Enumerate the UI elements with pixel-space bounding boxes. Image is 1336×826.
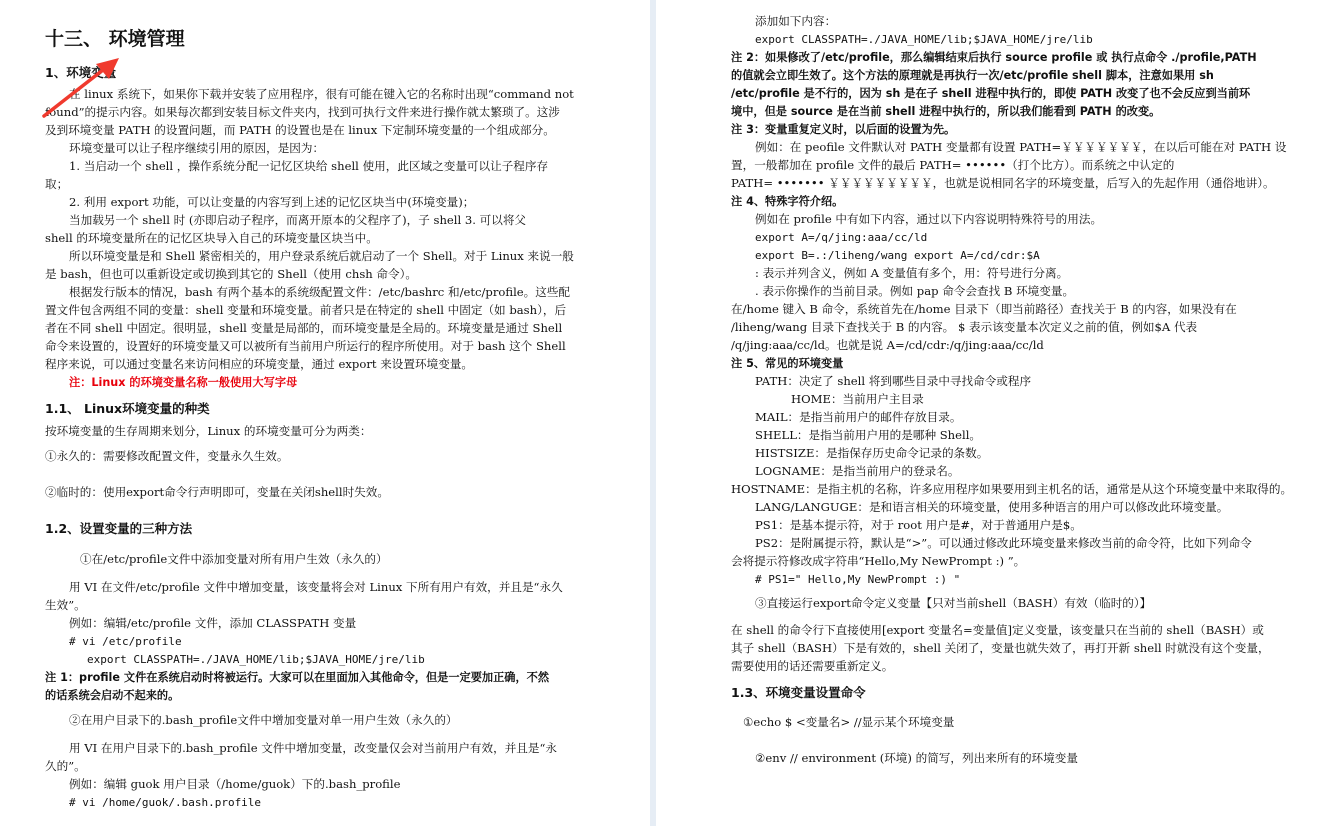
- paragraph-line: 及到环境变量 PATH 的设置问题，而 PATH 的设置也是在 linux 下定…: [45, 122, 555, 139]
- paragraph-line: 用 VI 在用户目录下的.bash_profile 文件中增加变量，改变量仅会对…: [69, 740, 557, 757]
- env-var-item: HISTSIZE：是指保存历史命令记录的条数。: [755, 445, 988, 462]
- paragraph-line: 用 VI 在文件/etc/profile 文件中增加变量，该变量将会对 Linu…: [69, 579, 563, 596]
- note-heading: 注 5、常见的环境变量: [731, 355, 843, 372]
- env-var-item: PS2：是附属提示符，默认是“>”。可以通过修改此环境变量来修改当前的命令符，比…: [755, 535, 1252, 552]
- paragraph-line: . 表示你操作的当前目录。例如 pap 命令会查找 B 环境变量。: [755, 283, 1074, 300]
- section-heading-1-1: 1.1、 Linux环境变量的种类: [45, 399, 210, 417]
- list-item: ②临时的：使用export命令行声明即可，变量在关闭shell时失效。: [45, 484, 389, 501]
- method-title: ②在用户目录下的.bash_profile文件中增加变量对单一用户生效（永久的）: [69, 712, 458, 729]
- section-heading-1-2: 1.2、设置变量的三种方法: [45, 519, 192, 537]
- note-line: /etc/profile 是不行的，因为 sh 是在子 shell 进程中执行的…: [731, 85, 1250, 102]
- code-line: export A=/q/jing:aaa/cc/ld: [755, 229, 927, 246]
- method-title: ①在/etc/profile文件中添加变量对所有用户生效（永久的）: [80, 551, 388, 568]
- paragraph-line: 例如：在 peofile 文件默认对 PATH 变量都有设置 PATH=￥￥￥￥…: [755, 139, 1286, 156]
- paragraph-line: 置，一般都加在 profile 文件的最后 PATH= ••••••（打个比方）…: [731, 157, 1174, 174]
- paragraph-line: 例如：编辑 guok 用户目录（/home/guok）下的.bash_profi…: [69, 776, 400, 793]
- note-line: 的话系统会启动不起来的。: [45, 687, 179, 704]
- paragraph-line: 在/home 键入 B 命令，系统首先在/home 目录下（即当前路径）查找关于…: [731, 301, 1237, 318]
- code-line: # vi /etc/profile: [69, 633, 182, 650]
- code-line: export CLASSPATH=./JAVA_HOME/lib;$JAVA_H…: [755, 31, 1093, 48]
- code-line: # PS1=" Hello,My NewPrompt :) ": [755, 571, 960, 588]
- paragraph-line: 1. 当启动一个 shell ，操作系统分配一记忆区块给 shell 使用，此区…: [69, 158, 548, 175]
- paragraph-line: 2. 利用 export 功能，可以让变量的内容写到上述的记忆区块当中(环境变量…: [69, 194, 474, 211]
- note-line: 境中，但是 source 是在当前 shell 进程中执行的，所以我们能看到 P…: [731, 103, 1160, 120]
- paragraph-line: /liheng/wang 目录下查找关于 B 的内容。 $ 表示该变量本次定义之…: [731, 319, 1197, 336]
- command-item: ②env // environment (环境) 的简写，列出来所有的环境变量: [755, 750, 1078, 767]
- paragraph-line: PATH= ••••••• ￥￥￥￥￥￥￥￥￥，也就是说相同名字的环境变量，后写…: [731, 175, 1275, 192]
- paragraph-line: /q/jing:aaa/cc/ld。也就是说 A=/cd/cdr:/q/jing…: [731, 337, 1044, 354]
- paragraph-line: 按环境变量的生存周期来划分，Linux 的环境变量可分为两类：: [45, 423, 371, 440]
- document-page-right: 添加如下内容： export CLASSPATH=./JAVA_HOME/lib…: [656, 0, 1336, 826]
- paragraph-line: 需要使用的话还需要重新定义。: [731, 658, 893, 675]
- paragraph-line: 所以环境变量是和 Shell 紧密相关的，用户登录系统后就启动了一个 Shell…: [69, 248, 574, 265]
- code-line: export CLASSPATH=./JAVA_HOME/lib;$JAVA_H…: [87, 651, 425, 668]
- paragraph-line: 是 bash，但也可以重新设定或切换到其它的 Shell（使用 chsh 命令）…: [45, 266, 417, 283]
- env-var-item: SHELL：是指当前用户用的是哪种 Shell。: [755, 427, 981, 444]
- env-var-item: 会将提示符修改成字符串“Hello,My NewPrompt :) ”。: [731, 553, 1025, 570]
- section-heading-1-3: 1.3、环境变量设置命令: [731, 683, 866, 701]
- note-line: 注 2：如果修改了/etc/profile，那么编辑结束后执行 source p…: [731, 49, 1257, 66]
- section-heading-1: 1、环境变量: [45, 63, 116, 81]
- env-var-item: PS1：是基本提示符，对于 root 用户是#，对于普通用户是$。: [755, 517, 1082, 534]
- paragraph-line: found”的提示内容。如果每次都到安装目标文件夹内，找到可执行文件来进行操作就…: [45, 104, 560, 121]
- paragraph-line: 在 shell 的命令行下直接使用[export 变量名=变量值]定义变量，该变…: [731, 622, 1264, 639]
- page-title: 十三、 环境管理: [45, 24, 185, 51]
- code-line: export B=.:/liheng/wang export A=/cd/cdr…: [755, 247, 1040, 264]
- list-item: ①永久的：需要修改配置文件，变量永久生效。: [45, 448, 288, 465]
- paragraph-line: : 表示并列含义，例如 A 变量值有多个，用：符号进行分离。: [755, 265, 1068, 282]
- env-var-item: HOME：当前用户主目录: [791, 391, 924, 408]
- command-item: ①echo $ <变量名> //显示某个环境变量: [743, 714, 954, 731]
- env-var-item: PATH：决定了 shell 将到哪些目录中寻找命令或程序: [755, 373, 1031, 390]
- env-var-item: HOSTNAME：是指主机的名称，许多应用程序如果要用到主机名的话，通常是从这个…: [731, 481, 1292, 498]
- note-line: 的值就会立即生效了。这个方法的原理就是再执行一次/etc/profile she…: [731, 67, 1214, 84]
- note-heading: 注 3：变量重复定义时，以后面的设置为先。: [731, 121, 955, 138]
- paragraph-line: 生效”。: [45, 597, 86, 614]
- code-line: # vi /home/guok/.bash.profile: [69, 794, 261, 811]
- paragraph-line: 置文件包含两组不同的变量：shell 变量和环境变量。前者只是在特定的 shel…: [45, 302, 566, 319]
- red-note: 注：Linux 的环境变量名称一般使用大写字母: [69, 374, 297, 391]
- note-heading: 注 4、特殊字符介绍。: [731, 193, 843, 210]
- paragraph-line: 添加如下内容：: [755, 13, 836, 30]
- paragraph-line: 当加载另一个 shell 时 (亦即启动子程序，而离开原本的父程序了)，子 sh…: [69, 212, 526, 229]
- paragraph-line: 程序来说，可以通过变量名来访问相应的环境变量，通过 export 来设置环境变量…: [45, 356, 473, 373]
- paragraph-line: 取；: [45, 176, 68, 193]
- note-line: 注 1：profile 文件在系统启动时将被运行。大家可以在里面加入其他命令，但…: [45, 669, 549, 686]
- paragraph-line: 例如：编辑/etc/profile 文件，添加 CLASSPATH 变量: [69, 615, 356, 632]
- method-title: ③直接运行export命令定义变量【只对当前shell（BASH）有效（临时的）…: [755, 595, 1151, 612]
- env-var-item: LANG/LANGUGE：是和语言相关的环境变量，使用多种语言的用户可以修改此环…: [755, 499, 1228, 516]
- env-var-item: LOGNAME：是指当前用户的登录名。: [755, 463, 959, 480]
- paragraph-line: 久的”。: [45, 758, 86, 775]
- paragraph-line: 其子 shell（BASH）下是有效的，shell 关闭了，变量也就失效了，再打…: [731, 640, 1270, 657]
- env-var-item: MAIL：是指当前用户的邮件存放目录。: [755, 409, 961, 426]
- paragraph-line: 在 linux 系统下，如果你下载并安装了应用程序，很有可能在键入它的名称时出现…: [69, 86, 574, 103]
- document-page-left: 十三、 环境管理 1、环境变量 在 linux 系统下，如果你下载并安装了应用程…: [0, 0, 650, 826]
- paragraph-line: 命令来设置的，设置好的环境变量又可以被所有当前用户所运行的程序所使用。对于 ba…: [45, 338, 566, 355]
- paragraph-line: 例如在 profile 中有如下内容，通过以下内容说明特殊符号的用法。: [755, 211, 1102, 228]
- paragraph-line: 者在不同 shell 中固定。很明显，shell 变量是局部的，而环境变量是全局…: [45, 320, 562, 337]
- paragraph-line: 环境变量可以让子程序继续引用的原因，是因为：: [69, 140, 324, 157]
- paragraph-line: 根据发行版本的情况，bash 有两个基本的系统级配置文件：/etc/bashrc…: [69, 284, 570, 301]
- paragraph-line: shell 的环境变量所在的记忆区块导入自己的环境变量区块当中。: [45, 230, 378, 247]
